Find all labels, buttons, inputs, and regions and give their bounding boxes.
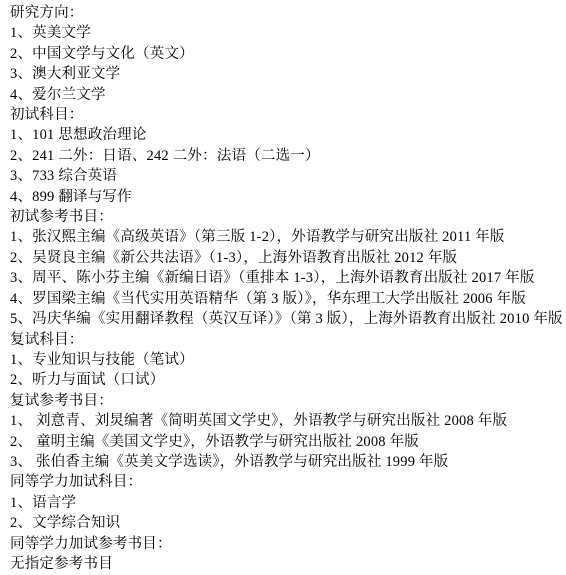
section-item: 4、爱尔兰文学 [10,85,558,105]
section-heading: 复试科目： [10,330,558,350]
section-item: 1、语言学 [10,493,558,513]
section-item: 1、英美文学 [10,23,558,43]
section-item: 1、专业知识与技能（笔试） [10,350,558,370]
section-heading: 初试科目： [10,105,558,125]
document-page: 研究方向：1、英美文学2、中国文学与文化（英文）3、澳大利亚文学4、爱尔兰文学初… [0,0,566,575]
section-item: 3、周平、陈小芬主编《新编日语》（重排本 1-3），上海外语教育出版社 2017… [10,268,558,288]
section-item: 2、中国文学与文化（英文） [10,44,558,64]
section-item: 无指定参考书目 [10,554,558,574]
section-item: 2、吴贤良主编《新公共法语》（1-3），上海外语教育出版社 2012 年版 [10,248,558,268]
section-item: 2、听力与面试（口试） [10,370,558,390]
section-item: 3、733 综合英语 [10,166,558,186]
document-body: 研究方向：1、英美文学2、中国文学与文化（英文）3、澳大利亚文学4、爱尔兰文学初… [10,3,558,574]
section-item: 2、 童明主编《美国文学史》，外语教学与研究出版社 2008 年版 [10,432,558,452]
section-heading: 研究方向： [10,3,558,23]
section-item: 2、241 二外：日语、242 二外：法语（二选一） [10,146,558,166]
section-heading: 复试参考书目： [10,391,558,411]
section-item: 4、899 翻译与写作 [10,187,558,207]
section-item: 3、 张伯香主编《英美文学选读》，外语教学与研究出版社 1999 年版 [10,452,558,472]
section-item: 3、澳大利亚文学 [10,64,558,84]
section-heading: 同等学力加试科目： [10,472,558,492]
section-item: 4、罗国梁主编《当代实用英语精华（第 3 版）》，华东理工大学出版社 2006 … [10,289,558,309]
section-item: 5、冯庆华编《实用翻译教程（英汉互译）》（第 3 版），上海外语教育出版社 20… [10,309,558,329]
section-item: 1、101 思想政治理论 [10,125,558,145]
section-heading: 初试参考书目： [10,207,558,227]
section-item: 1、张汉熙主编《高级英语》（第三版 1-2），外语教学与研究出版社 2011 年… [10,227,558,247]
section-item: 1、 刘意青、刘炅编著《简明英国文学史》，外语教学与研究出版社 2008 年版 [10,411,558,431]
section-heading: 同等学力加试参考书目： [10,534,558,554]
section-item: 2、文学综合知识 [10,513,558,533]
